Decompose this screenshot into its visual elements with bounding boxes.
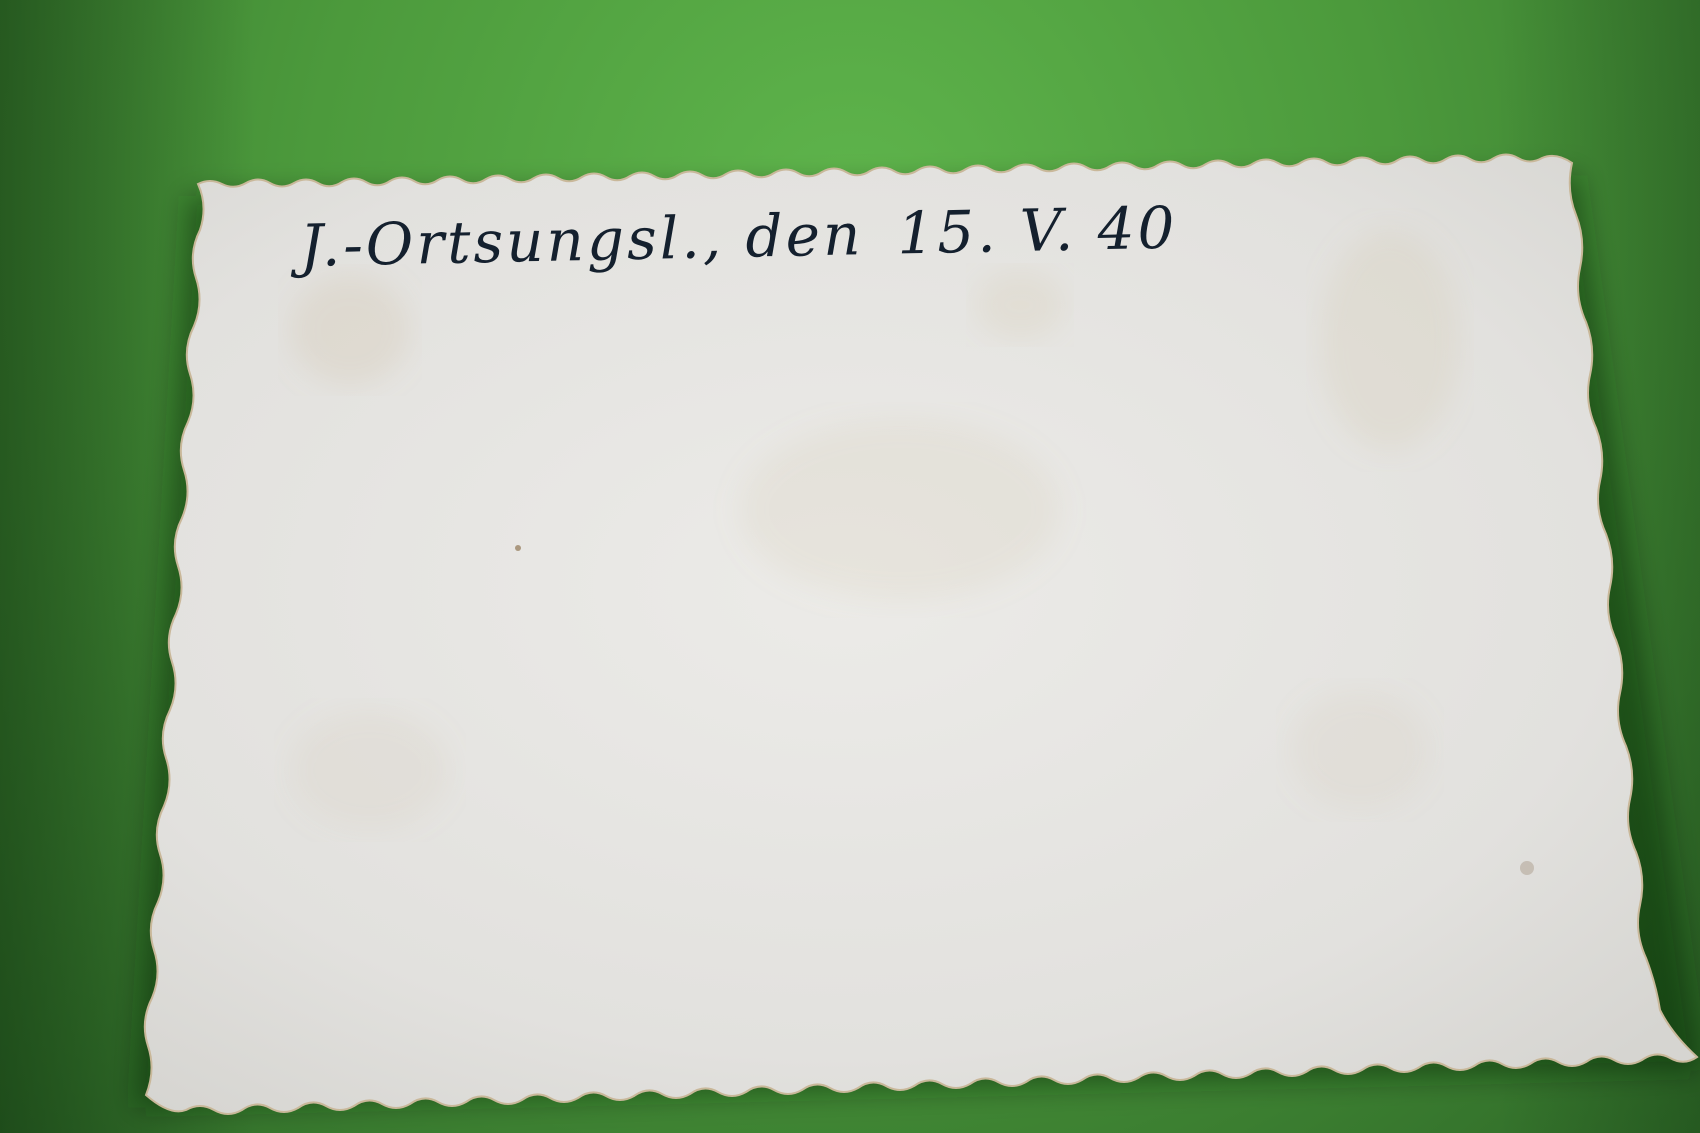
handwritten-date: 15. V. 40 bbox=[897, 194, 1178, 268]
photo-card bbox=[0, 0, 1700, 1133]
handwritten-place: J.-Ortsungsl., den bbox=[299, 200, 864, 280]
